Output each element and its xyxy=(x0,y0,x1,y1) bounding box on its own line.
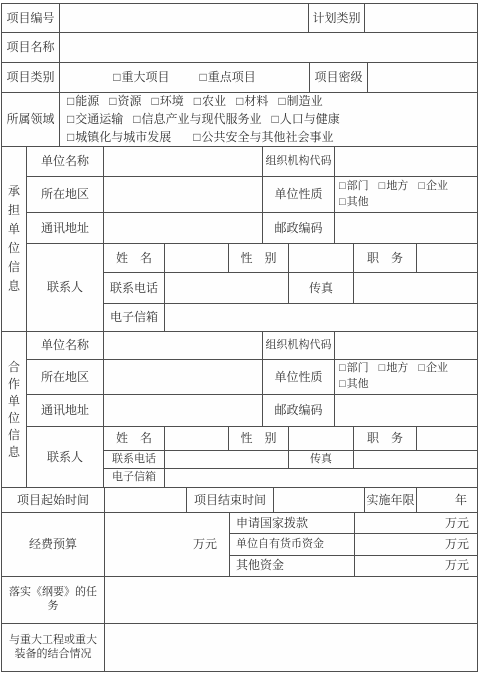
unit-name-input[interactable] xyxy=(104,332,263,359)
duration-input[interactable]: 年 xyxy=(417,488,477,512)
region-label: 所在地区 xyxy=(27,177,104,212)
checkbox-icon: □ xyxy=(339,378,346,392)
checkbox-icon: □ xyxy=(67,130,74,145)
contact-label: 联系人 xyxy=(27,244,104,331)
project-category-options: □重大项目 □重点项目 xyxy=(60,63,310,92)
address-label: 通讯地址 xyxy=(27,213,104,243)
checkbox-icon: □ xyxy=(200,70,207,85)
checkbox-icon: □ xyxy=(193,130,200,145)
checkbox-label: 企业 xyxy=(426,362,448,376)
name-label: 姓 名 xyxy=(104,244,165,272)
unit-nature-label: 单位性质 xyxy=(263,177,335,212)
checkbox-icon: □ xyxy=(339,362,346,376)
email-label: 电子信箱 xyxy=(104,469,165,487)
plan-category-input[interactable] xyxy=(365,4,477,32)
row-integration: 与重大工程或重大装备的结合情况 xyxy=(2,624,477,671)
checkbox-icon: □ xyxy=(278,94,285,109)
phone-input[interactable] xyxy=(165,451,289,468)
partner-row-unit-name: 单位名称 组织机构代码 xyxy=(27,332,477,360)
start-time-input[interactable] xyxy=(105,488,187,512)
checkbox-option-major-project[interactable]: □重大项目 xyxy=(113,70,169,85)
checkbox-label: 资源 xyxy=(118,94,142,109)
unit-nature-options: □部门 □地方 □企业 □其他 xyxy=(335,360,477,394)
contact-body: 姓 名 性 别 职 务 联系电话 传真 电子信箱 xyxy=(104,427,477,487)
start-time-label: 项目起始时间 xyxy=(2,488,105,512)
checkbox-label: 信息产业与现代服务业 xyxy=(142,112,262,127)
org-code-input[interactable] xyxy=(335,147,477,176)
partner-section-label: 合作单位信息 xyxy=(2,332,27,487)
budget-item-label: 单位自有货币资金 xyxy=(230,534,355,554)
checkbox-option-public-safety[interactable]: □公共安全与其他社会事业 xyxy=(193,130,333,145)
checkbox-label: 重点项目 xyxy=(208,70,256,85)
row-outline-task: 落实《纲要》的任务 xyxy=(2,577,477,624)
unit-nature-line1: □部门 □地方 □企业 xyxy=(339,180,448,194)
checkbox-label: 农业 xyxy=(202,94,226,109)
partner-row-region: 所在地区 单位性质 □部门 □地方 □企业 □其他 xyxy=(27,360,477,395)
undertaker-row-address: 通讯地址 邮政编码 xyxy=(27,213,477,244)
phone-input[interactable] xyxy=(165,273,289,303)
checkbox-icon: □ xyxy=(339,196,346,210)
undertaker-row-contact: 联系人 姓 名 性 别 职 务 联系电话 传真 xyxy=(27,244,477,331)
checkbox-option-agriculture[interactable]: □农业 xyxy=(194,94,226,109)
checkbox-label: 公共安全与其他社会事业 xyxy=(202,130,334,145)
domain-label: 所属领域 xyxy=(2,93,60,146)
contact-row-email: 电子信箱 xyxy=(104,469,477,487)
partner-body: 单位名称 组织机构代码 所在地区 单位性质 □部门 □地方 □企业 □其他 xyxy=(27,332,477,487)
undertaker-row-unit-name: 单位名称 组织机构代码 xyxy=(27,147,477,177)
secrecy-input[interactable] xyxy=(368,63,477,92)
contact-row-name: 姓 名 性 别 职 务 xyxy=(104,244,477,273)
section-undertaker: 承担单位信息 单位名称 组织机构代码 所在地区 单位性质 □部门 □地方 □企业 xyxy=(2,147,477,332)
row-schedule: 项目起始时间 项目结束时间 实施年限 年 xyxy=(2,488,477,513)
checkbox-option-other[interactable]: □其他 xyxy=(339,378,369,392)
phone-label: 联系电话 xyxy=(104,451,165,468)
checkbox-icon: □ xyxy=(418,362,425,376)
contact-label: 联系人 xyxy=(27,427,104,487)
checkbox-icon: □ xyxy=(379,362,386,376)
checkbox-label: 其他 xyxy=(347,378,369,392)
gender-input[interactable] xyxy=(289,427,354,450)
project-name-input[interactable] xyxy=(60,33,477,62)
title-input[interactable] xyxy=(417,427,477,450)
checkbox-icon: □ xyxy=(109,94,116,109)
region-input[interactable] xyxy=(104,360,263,394)
outline-task-input[interactable] xyxy=(105,577,477,623)
budget-total-input[interactable]: 万元 xyxy=(105,513,230,576)
checkbox-option-manufacturing[interactable]: □制造业 xyxy=(278,94,322,109)
checkbox-label: 其他 xyxy=(347,196,369,210)
checkbox-option-transportation[interactable]: □交通运输 xyxy=(67,112,123,127)
contact-row-phone: 联系电话 传真 xyxy=(104,451,477,469)
checkbox-label: 地方 xyxy=(386,180,408,194)
budget-item-label: 申请国家拨款 xyxy=(230,513,355,533)
integration-input[interactable] xyxy=(105,624,477,671)
contact-body: 姓 名 性 别 职 务 联系电话 传真 电子信箱 xyxy=(104,244,477,331)
region-input[interactable] xyxy=(104,177,263,212)
domain-options: □能源 □资源 □环境 □农业 □材料 □制造业 □交通运输 □信息产业与现代服… xyxy=(60,93,477,146)
checkbox-label: 城镇化与城市发展 xyxy=(75,130,171,145)
org-code-label: 组织机构代码 xyxy=(263,147,335,176)
checkbox-icon: □ xyxy=(194,94,201,109)
row-project-name: 项目名称 xyxy=(2,33,477,63)
unit-nature-line1: □部门 □地方 □企业 xyxy=(339,362,448,376)
checkbox-label: 部门 xyxy=(347,180,369,194)
plan-category-label: 计划类别 xyxy=(309,4,365,32)
contact-row-name: 姓 名 性 别 职 务 xyxy=(104,427,477,451)
partner-row-contact: 联系人 姓 名 性 别 职 务 联系电话 传真 xyxy=(27,427,477,487)
checkbox-icon: □ xyxy=(133,112,140,127)
checkbox-label: 地方 xyxy=(386,362,408,376)
checkbox-label: 人口与健康 xyxy=(280,112,340,127)
budget-item-input[interactable]: 万元 xyxy=(355,513,477,533)
address-input[interactable] xyxy=(104,213,263,243)
checkbox-option-energy[interactable]: □能源 xyxy=(67,94,99,109)
address-label: 通讯地址 xyxy=(27,395,104,426)
unit-name-label: 单位名称 xyxy=(27,147,104,176)
checkbox-option-information-services[interactable]: □信息产业与现代服务业 xyxy=(133,112,261,127)
undertaker-row-region: 所在地区 单位性质 □部门 □地方 □企业 □其他 xyxy=(27,177,477,213)
checkbox-option-local[interactable]: □地方 xyxy=(379,180,409,194)
unit-nature-options: □部门 □地方 □企业 □其他 xyxy=(335,177,477,212)
checkbox-option-urbanization[interactable]: □城镇化与城市发展 xyxy=(67,130,171,145)
fax-label: 传真 xyxy=(289,273,354,303)
contact-row-email: 电子信箱 xyxy=(104,304,477,331)
checkbox-label: 材料 xyxy=(244,94,268,109)
domain-options-line3: □城镇化与城市发展 □公共安全与其他社会事业 xyxy=(67,130,334,145)
phone-label: 联系电话 xyxy=(104,273,165,303)
checkbox-icon: □ xyxy=(152,94,159,109)
checkbox-label: 企业 xyxy=(426,180,448,194)
address-input[interactable] xyxy=(104,395,263,426)
section-partner: 合作单位信息 单位名称 组织机构代码 所在地区 单位性质 □部门 □地方 □企业 xyxy=(2,332,477,488)
fax-label: 传真 xyxy=(289,451,354,468)
checkbox-icon: □ xyxy=(272,112,279,127)
checkbox-label: 交通运输 xyxy=(75,112,123,127)
name-label: 姓 名 xyxy=(104,427,165,450)
email-label: 电子信箱 xyxy=(104,304,165,331)
checkbox-option-environment[interactable]: □环境 xyxy=(152,94,184,109)
row-project-category: 项目类别 □重大项目 □重点项目 项目密级 xyxy=(2,63,477,93)
fax-input[interactable] xyxy=(354,451,477,468)
checkbox-label: 部门 xyxy=(347,362,369,376)
checkbox-icon: □ xyxy=(339,180,346,194)
checkbox-icon: □ xyxy=(236,94,243,109)
org-code-label: 组织机构代码 xyxy=(263,332,335,359)
checkbox-option-local[interactable]: □地方 xyxy=(379,362,409,376)
checkbox-option-department[interactable]: □部门 xyxy=(339,180,369,194)
org-code-input[interactable] xyxy=(335,332,477,359)
contact-row-phone: 联系电话 传真 xyxy=(104,273,477,304)
end-time-input[interactable] xyxy=(274,488,365,512)
checkbox-option-population-health[interactable]: □人口与健康 xyxy=(272,112,340,127)
unit-nature-line2: □其他 xyxy=(339,378,369,392)
email-input[interactable] xyxy=(165,304,477,331)
budget-item-row: 其他资金 万元 xyxy=(230,556,477,576)
name-input[interactable] xyxy=(165,244,229,272)
checkbox-icon: □ xyxy=(379,180,386,194)
end-time-label: 项目结束时间 xyxy=(187,488,274,512)
region-label: 所在地区 xyxy=(27,360,104,394)
duration-label: 实施年限 xyxy=(365,488,417,512)
postcode-input[interactable] xyxy=(335,395,477,426)
partner-row-address: 通讯地址 邮政编码 xyxy=(27,395,477,427)
checkbox-icon: □ xyxy=(113,70,120,85)
checkbox-label: 能源 xyxy=(75,94,99,109)
project-name-label: 项目名称 xyxy=(2,33,60,62)
row-domain: 所属领域 □能源 □资源 □环境 □农业 □材料 □制造业 □交通运输 □信息产… xyxy=(2,93,477,147)
name-input[interactable] xyxy=(165,427,229,450)
gender-input[interactable] xyxy=(289,244,354,272)
postcode-label: 邮政编码 xyxy=(263,213,335,243)
budget-item-input[interactable]: 万元 xyxy=(355,556,477,576)
checkbox-label: 制造业 xyxy=(287,94,323,109)
budget-item-label: 其他资金 xyxy=(230,556,355,576)
unit-name-label: 单位名称 xyxy=(27,332,104,359)
checkbox-icon: □ xyxy=(67,94,74,109)
checkbox-option-materials[interactable]: □材料 xyxy=(236,94,268,109)
unit-name-input[interactable] xyxy=(104,147,263,176)
undertaker-section-label: 承担单位信息 xyxy=(2,147,27,331)
unit-nature-line2: □其他 xyxy=(339,196,369,210)
checkbox-icon: □ xyxy=(418,180,425,194)
checkbox-label: 重大项目 xyxy=(121,70,169,85)
domain-options-line2: □交通运输 □信息产业与现代服务业 □人口与健康 xyxy=(67,112,340,127)
title-input[interactable] xyxy=(417,244,477,272)
checkbox-label: 环境 xyxy=(160,94,184,109)
title-label: 职 务 xyxy=(354,244,417,272)
project-application-form: 项目编号 计划类别 项目名称 项目类别 □重大项目 □重点项目 项目密级 所属领… xyxy=(1,3,478,672)
checkbox-option-other[interactable]: □其他 xyxy=(339,196,369,210)
secrecy-label: 项目密级 xyxy=(310,63,368,92)
project-category-label: 项目类别 xyxy=(2,63,60,92)
budget-item-row: 单位自有货币资金 万元 xyxy=(230,534,477,555)
budget-item-row: 申请国家拨款 万元 xyxy=(230,513,477,534)
postcode-input[interactable] xyxy=(335,213,477,243)
project-number-label: 项目编号 xyxy=(2,4,60,32)
integration-label: 与重大工程或重大装备的结合情况 xyxy=(2,624,105,671)
checkbox-icon: □ xyxy=(67,112,74,127)
checkbox-option-department[interactable]: □部门 xyxy=(339,362,369,376)
project-number-input[interactable] xyxy=(60,4,309,32)
gender-label: 性 别 xyxy=(229,244,289,272)
project-category-optline: □重大项目 □重点项目 xyxy=(60,70,309,85)
checkbox-option-resources[interactable]: □资源 xyxy=(109,94,141,109)
unit-nature-label: 单位性质 xyxy=(263,360,335,394)
budget-item-input[interactable]: 万元 xyxy=(355,534,477,554)
checkbox-option-enterprise[interactable]: □企业 xyxy=(418,180,448,194)
outline-task-label: 落实《纲要》的任务 xyxy=(2,577,105,623)
undertaker-body: 单位名称 组织机构代码 所在地区 单位性质 □部门 □地方 □企业 □其他 xyxy=(27,147,477,331)
row-project-number: 项目编号 计划类别 xyxy=(2,4,477,33)
gender-label: 性 别 xyxy=(229,427,289,450)
row-budget: 经费预算 万元 申请国家拨款 万元 单位自有货币资金 万元 其他资金 万元 xyxy=(2,513,477,577)
checkbox-option-enterprise[interactable]: □企业 xyxy=(418,362,448,376)
title-label: 职 务 xyxy=(354,427,417,450)
domain-options-line1: □能源 □资源 □环境 □农业 □材料 □制造业 xyxy=(67,94,323,109)
budget-label: 经费预算 xyxy=(2,513,105,576)
fax-input[interactable] xyxy=(354,273,477,303)
budget-items: 申请国家拨款 万元 单位自有货币资金 万元 其他资金 万元 xyxy=(230,513,477,576)
postcode-label: 邮政编码 xyxy=(263,395,335,426)
checkbox-option-key-project[interactable]: □重点项目 xyxy=(200,70,256,85)
email-input[interactable] xyxy=(165,469,477,487)
